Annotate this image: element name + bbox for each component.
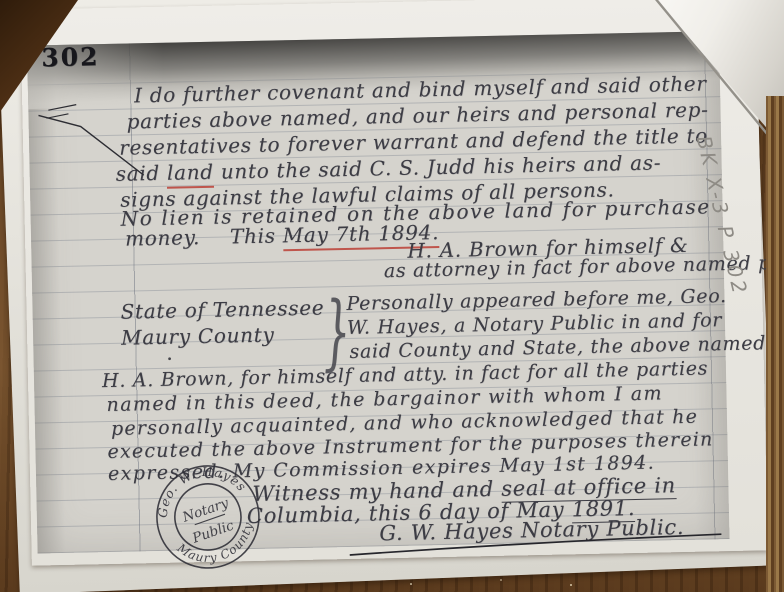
venue-line: Maury County <box>121 323 275 350</box>
handwritten-line: money.This May 7th 1894. <box>125 220 440 251</box>
handwritten-text: said <box>115 161 167 186</box>
page-number: 302 <box>41 42 100 72</box>
main-paper-sheet: 302 I do further covenant and bind mysel… <box>20 0 767 566</box>
venue-line: State of Tennessee <box>120 295 324 323</box>
wood-right-edge <box>766 96 784 592</box>
handwritten-text: money. <box>125 225 200 251</box>
red-underlined-word: land <box>167 160 214 189</box>
handwritten-text: This <box>230 223 283 248</box>
photo-of-deed-record: { "document": { "page_number": "302", "m… <box>0 0 784 592</box>
spacer <box>200 243 230 244</box>
